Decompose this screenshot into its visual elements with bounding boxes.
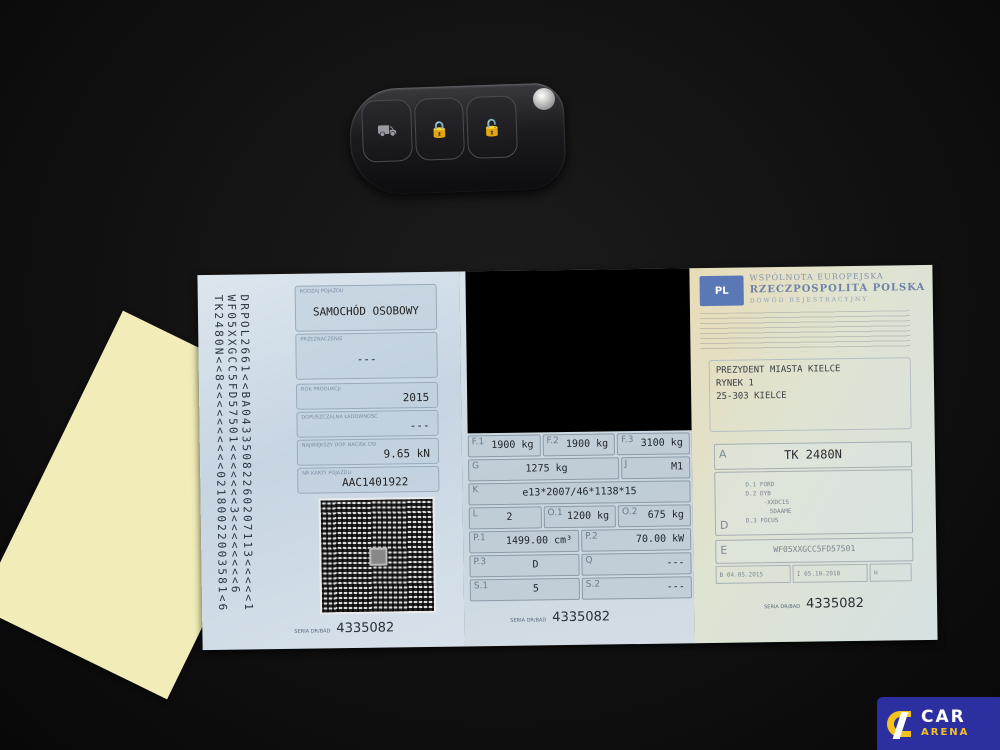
key-release-button [533,88,555,110]
cell-l: L2 [469,506,542,529]
car-arena-mark-icon [887,711,913,737]
registration-document: DRPOL2661<<BA04335082260207113<<<<<1 WF0… [197,265,937,650]
date-h: H [870,563,912,582]
row-mass-category: G1275 kg JM1 [468,456,690,481]
header-eu: WSPÓLNOTA EUROPEJSKA [749,272,883,283]
mrz-code: DRPOL2661<<BA04335082260207113<<<<<1 WF0… [212,294,256,625]
field-axle-load: Największy dop. nacisk osi 9.65 kN [297,438,439,466]
cell-p2: P.270.00 kW [581,528,691,552]
serial-number-right: SERIA DR/BAD 4335082 [764,596,864,612]
car-arena-logo: CAR ARENA [877,697,1000,750]
cell-s1: S.15 [470,578,580,602]
field-payload: Dopuszczalna ładowność --- [296,410,438,438]
key-fob-buttons: ⛟ 🔒 🔓 [361,95,518,162]
cell-f3: F.33100 kg [617,432,690,455]
cell-k: Ke13*2007/46*1138*15 [468,480,690,505]
field-vehicle-card-number: Nr karty pojazdu AAC1401922 [297,466,439,494]
unlock-icon: 🔓 [466,95,518,159]
cell-j: JM1 [621,456,691,479]
field-d-make-model: D D.1 FORD D.2 DYB -XXDC1S 5DAAME D.3 FO… [714,469,913,536]
cell-o1: O.11200 kg [543,505,616,528]
serial-number-left: SERIA DR/BAD 4335082 [294,620,394,636]
row-fuel: P.3D Q--- [469,552,691,577]
row-axles-trailer: L2 O.11200 kg O.2675 kg [469,504,691,529]
cell-f2: F.21900 kg [542,433,615,456]
row-seats: S.15 S.2--- [470,576,692,601]
eu-pl-emblem: PL [699,276,743,307]
document-left-panel: DRPOL2661<<BA04335082260207113<<<<<1 WF0… [197,271,465,650]
cell-q: Q--- [581,552,691,576]
cell-p3: P.3D [469,554,579,578]
row-permissible-mass: F.11900 kg F.21900 kg F.33100 kg [468,432,690,457]
cell-f1: F.11900 kg [468,434,541,457]
field-production-year: Rok produkcji 2015 [296,382,438,410]
document-right-panel: PL WSPÓLNOTA EUROPEJSKA RZECZPOSPOLITA P… [689,265,937,643]
cell-p1: P.11499.00 cm³ [469,530,579,554]
row-type-approval: Ke13*2007/46*1138*15 [468,480,690,505]
date-b: B 04.05.2015 [716,565,791,584]
row-engine: P.11499.00 cm³ P.270.00 kW [469,528,691,553]
cell-s2: S.2--- [582,576,692,600]
field-purpose: Przeznaczenie --- [295,332,438,380]
qr-code [319,497,437,615]
fine-print [700,310,911,353]
field-a-plate-number: A TK 2480N [714,441,912,470]
lock-icon: 🔒 [414,97,466,161]
trunk-release-icon: ⛟ [361,99,413,163]
cell-g: G1275 kg [468,457,619,481]
cell-o2: O.2675 kg [618,504,691,527]
field-e-vin: E WF05XXGCC5FD57501 [715,537,913,564]
header-country: RZECZPOSPOLITA POLSKA [750,282,926,295]
redacted-area [465,268,692,433]
date-i: I 05.10.2018 [793,564,868,583]
field-dates: B 04.05.2015 I 05.10.2018 H [716,563,912,584]
header-doc-type: DOWÓD REJESTRACYJNY [750,296,868,305]
field-vehicle-type: Rodzaj pojazdu SAMOCHÓD OSOBOWY [295,284,438,332]
serial-number-middle: SERIA DR/BAD 4335082 [510,609,610,625]
issuing-authority: PREZYDENT MIASTA KIELCE RYNEK 1 25-303 K… [709,357,912,432]
